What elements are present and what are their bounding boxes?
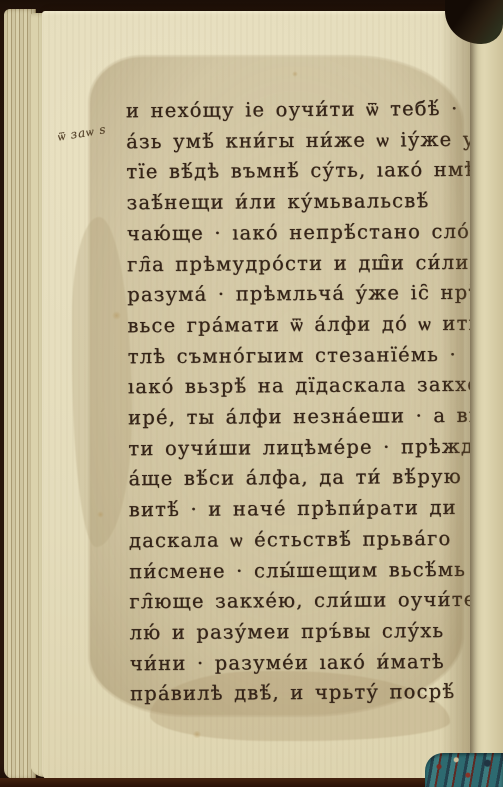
marbled-cover-edge: [425, 753, 503, 787]
gutter-shadow: [440, 11, 470, 780]
manuscript-line: пи́смене · слы́шещим вьсѣ́мь: [129, 554, 470, 587]
manuscript-line: разума́ · прѣмльча́ у́же іс̑ нрѣ́: [127, 278, 470, 311]
manuscript-line: ире́, ты а́лфи незна́еши · а ви́: [128, 401, 470, 434]
manuscript-line: а́зь умѣ́ кни́гы ни́же ѡ іу́же учи́: [126, 124, 470, 157]
manuscript-line: тлѣ съмно́гыим стезанїе́мь ·: [128, 339, 470, 372]
manuscript-line: тїе вѣ́дѣ въмнѣ́ су́ть, ıако́ нмѣ́: [126, 155, 470, 188]
foxing-speck: [192, 731, 202, 738]
manuscript-line: ти оучи́ши лицѣме́ре · прѣжде́: [128, 432, 470, 465]
manuscript-page: и нехо́щу іе оучи́ти ѿ тебѣ́ ·а́зь умѣ́ …: [42, 11, 470, 780]
manuscript-line: гл̑а прѣмудро́сти и дш̑и си́ли: [127, 247, 470, 280]
manuscript-line: даскала ѡ е́стьствѣ́ прьва́го: [129, 524, 470, 557]
manuscript-line: лю́ и разу́меи пръ́вы слу́хь: [130, 616, 470, 649]
manuscript-line: и нехо́щу іе оучи́ти ѿ тебѣ́ ·: [126, 94, 470, 127]
text-block: и нехо́щу іе оучи́ти ѿ тебѣ́ ·а́зь умѣ́ …: [126, 94, 470, 711]
manuscript-line: гл̑юще закхе́ю, сли́ши оучи́те: [129, 585, 470, 618]
manuscript-line: ıако́ вьзрѣ́ на дїдаскала закхе́а: [128, 370, 470, 403]
foxing-speck: [112, 311, 121, 320]
manuscript-line: пра́вилѣ двѣ́, и чрьту́ посрѣ́: [130, 677, 470, 710]
manuscript-line: заѣ́нещи и́ли ку́мьвальсвѣ́: [127, 186, 470, 219]
manuscript-line: витѣ́ · и наче́ прѣпи́рати ди: [129, 493, 470, 526]
manuscript-line: вьсе гра́мати ѿ а́лфи до́ ѡ ити́: [127, 309, 470, 342]
manuscript-line: чаю́ще · ıако́ непрѣ́стано сло́ва: [127, 217, 470, 250]
manuscript-line: а́ще вѣ́си а́лфа, да ти́ вѣ́рую: [128, 462, 470, 495]
adjacent-page-gutter: [465, 0, 503, 787]
foxing-speck: [292, 71, 298, 77]
book-photo: и нехо́щу іе оучи́ти ѿ тебѣ́ ·а́зь умѣ́ …: [0, 0, 503, 787]
manuscript-line: чи́ни · разуме́и ıако́ и́матѣ: [130, 646, 470, 679]
foxing-speck: [97, 511, 104, 518]
